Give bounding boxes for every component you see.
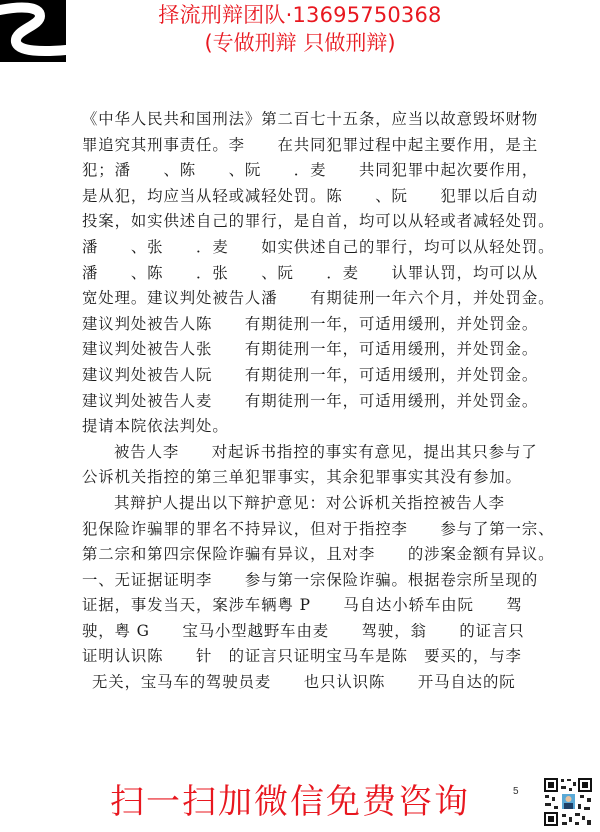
text-line: 建议判处被告人张 有期徒刑一年，可适用缓刑，并处罚金。 [82, 337, 542, 363]
text-line: 驶，粤 G 宝马小型越野车由麦 驾驶，翁 的证言只 [82, 619, 542, 645]
text-line: 一、无证据证明李 参与第一宗保险诈骗。根据卷宗所呈现的 [82, 568, 542, 594]
paragraph-start: 被告人李 对起诉书指控的事实有意见，提出其只参与了 [82, 440, 542, 466]
firm-contact: 择流刑辩团队·13695750368 [130, 1, 470, 29]
text-line: 宽处理。建议判处被告人潘 有期徒刑一年六个月，并处罚金。 [82, 286, 542, 312]
text-line: 是从犯，均应当从轻或减轻处罚。陈 、阮 犯罪以后自动 [82, 184, 542, 210]
text-line: 投案，如实供述自己的罪行，是自首，均可以从轻或者减轻处罚。 [82, 209, 542, 235]
text-line: 证据，事发当天，案涉车辆粤 P 马自达小轿车由阮 驾 [82, 593, 542, 619]
text-line: 建议判处被告人麦 有期徒刑一年，可适用缓刑，并处罚金。 [82, 389, 542, 415]
text-line: 潘 、张 ．麦 如实供述自己的罪行，均可以从轻处罚。 [82, 235, 542, 261]
text-line: 提请本院依法判处。 [82, 414, 542, 440]
text-line: 建议判处被告人陈 有期徒刑一年，可适用缓刑，并处罚金。 [82, 312, 542, 338]
text-line: 罪追究其刑事责任。李 在共同犯罪过程中起主要作用，是主 [82, 133, 542, 159]
page-number: 5 [513, 786, 519, 797]
text-line: 证明认识陈 针 的证言只证明宝马车是陈 要买的，与李 [82, 644, 542, 670]
text-line: 无关，宝马车的驾驶员麦 也只认识陈 开马自达的阮 [82, 670, 542, 696]
text-line: 犯保险诈骗罪的罪名不持异议，但对于指控李 参与了第一宗、 [82, 517, 542, 543]
wechat-qr-code-icon[interactable] [542, 776, 594, 828]
text-line: 第二宗和第四宗保险诈骗有异议，且对李 的涉案金额有异议。 [82, 542, 542, 568]
text-line: 公诉机关指控的第三单犯罪事实，其余犯罪事实其没有参加。 [82, 465, 542, 491]
paragraph-start: 其辩护人提出以下辩护意见：对公诉机关指控被告人李 [82, 491, 542, 517]
logo-icon [0, 0, 66, 62]
wechat-consult-banner: 扫一扫加微信免费咨询 [110, 782, 470, 822]
firm-slogan: (专做刑辩 只做刑辩) [130, 29, 470, 57]
text-line: 建议判处被告人阮 有期徒刑一年，可适用缓刑，并处罚金。 [82, 363, 542, 389]
text-line: 《中华人民共和国刑法》第二百七十五条，应当以故意毁坏财物 [82, 107, 542, 133]
text-line: 犯；潘 、陈 、阮 ．麦 共同犯罪中起次要作用， [82, 158, 542, 184]
document-body: 《中华人民共和国刑法》第二百七十五条，应当以故意毁坏财物 罪追究其刑事责任。李 … [82, 107, 542, 696]
firm-header: 择流刑辩团队·13695750368 (专做刑辩 只做刑辩) [130, 0, 470, 57]
text-line: 潘 、陈 ．张 、阮 ．麦 认罪认罚，均可以从 [82, 261, 542, 287]
